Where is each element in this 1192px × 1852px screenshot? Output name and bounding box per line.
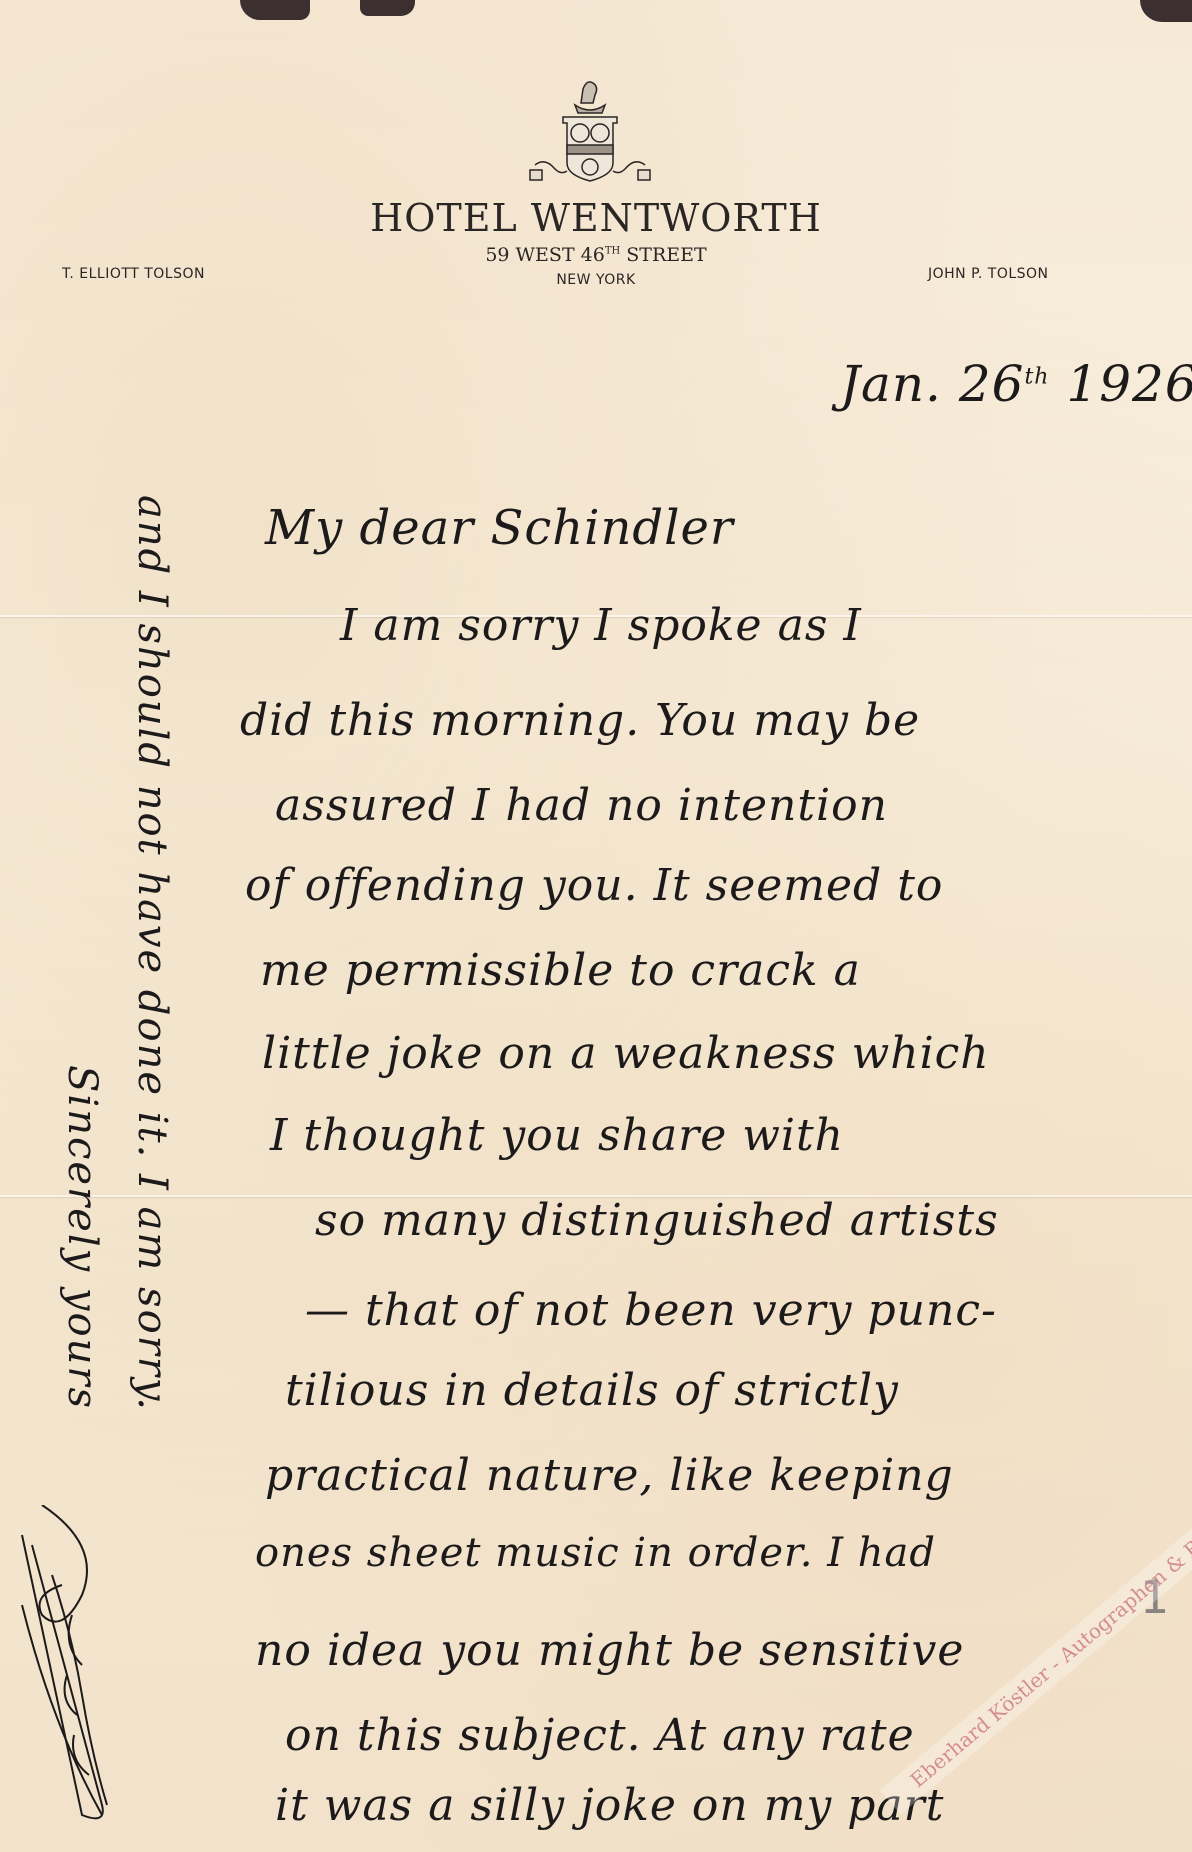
hotel-street-address: 59 WEST 46TH STREET [0, 244, 1192, 266]
body-line: — that of not been very punc- [305, 1285, 997, 1336]
body-line: no idea you might be sensitive [255, 1625, 964, 1676]
street-ordinal: TH [605, 246, 620, 257]
signature-flourish-icon [12, 1505, 122, 1835]
body-line: it was a silly joke on my part [275, 1780, 944, 1831]
body-line: did this morning. You may be [240, 695, 920, 746]
body-line: I thought you share with [270, 1110, 844, 1161]
body-line: of offending you. It seemed to [245, 860, 943, 911]
body-line: so many distinguished artists [315, 1195, 999, 1246]
torn-edge [1140, 0, 1192, 22]
date-ordinal: th [1024, 364, 1049, 389]
letter-page: HOTEL WENTWORTH 59 WEST 46TH STREET NEW … [0, 0, 1192, 1852]
salutation: My dear Schindler [265, 500, 734, 556]
body-line: assured I had no intention [275, 780, 888, 831]
torn-edge [360, 0, 415, 16]
torn-edge [240, 0, 310, 20]
body-line: ones sheet music in order. I had [255, 1530, 936, 1576]
street-number: 59 WEST 46 [485, 244, 605, 266]
date-day: Jan. 26 [840, 355, 1024, 413]
body-line: on this subject. At any rate [285, 1710, 915, 1761]
letter-date: Jan. 26th 1926 [840, 355, 1192, 413]
margin-closing: Sincerely yours [59, 1065, 105, 1410]
street-name: STREET [620, 244, 706, 266]
proprietor-right: JOHN P. TOLSON [928, 266, 1049, 282]
date-year: 1926 [1049, 355, 1192, 413]
body-line: little joke on a weakness which [262, 1028, 990, 1079]
margin-postscript: and I should not have done it. I am sorr… [129, 495, 175, 1412]
body-line: me permissible to crack a [260, 945, 861, 996]
body-line: tilious in details of strictly [285, 1365, 899, 1416]
body-line: practical nature, like keeping [265, 1450, 954, 1501]
proprietor-left: T. ELLIOTT TOLSON [62, 266, 205, 282]
hotel-name: HOTEL WENTWORTH [0, 196, 1192, 240]
body-line: I am sorry I spoke as I [340, 600, 862, 651]
coat-of-arms-icon [515, 75, 665, 195]
